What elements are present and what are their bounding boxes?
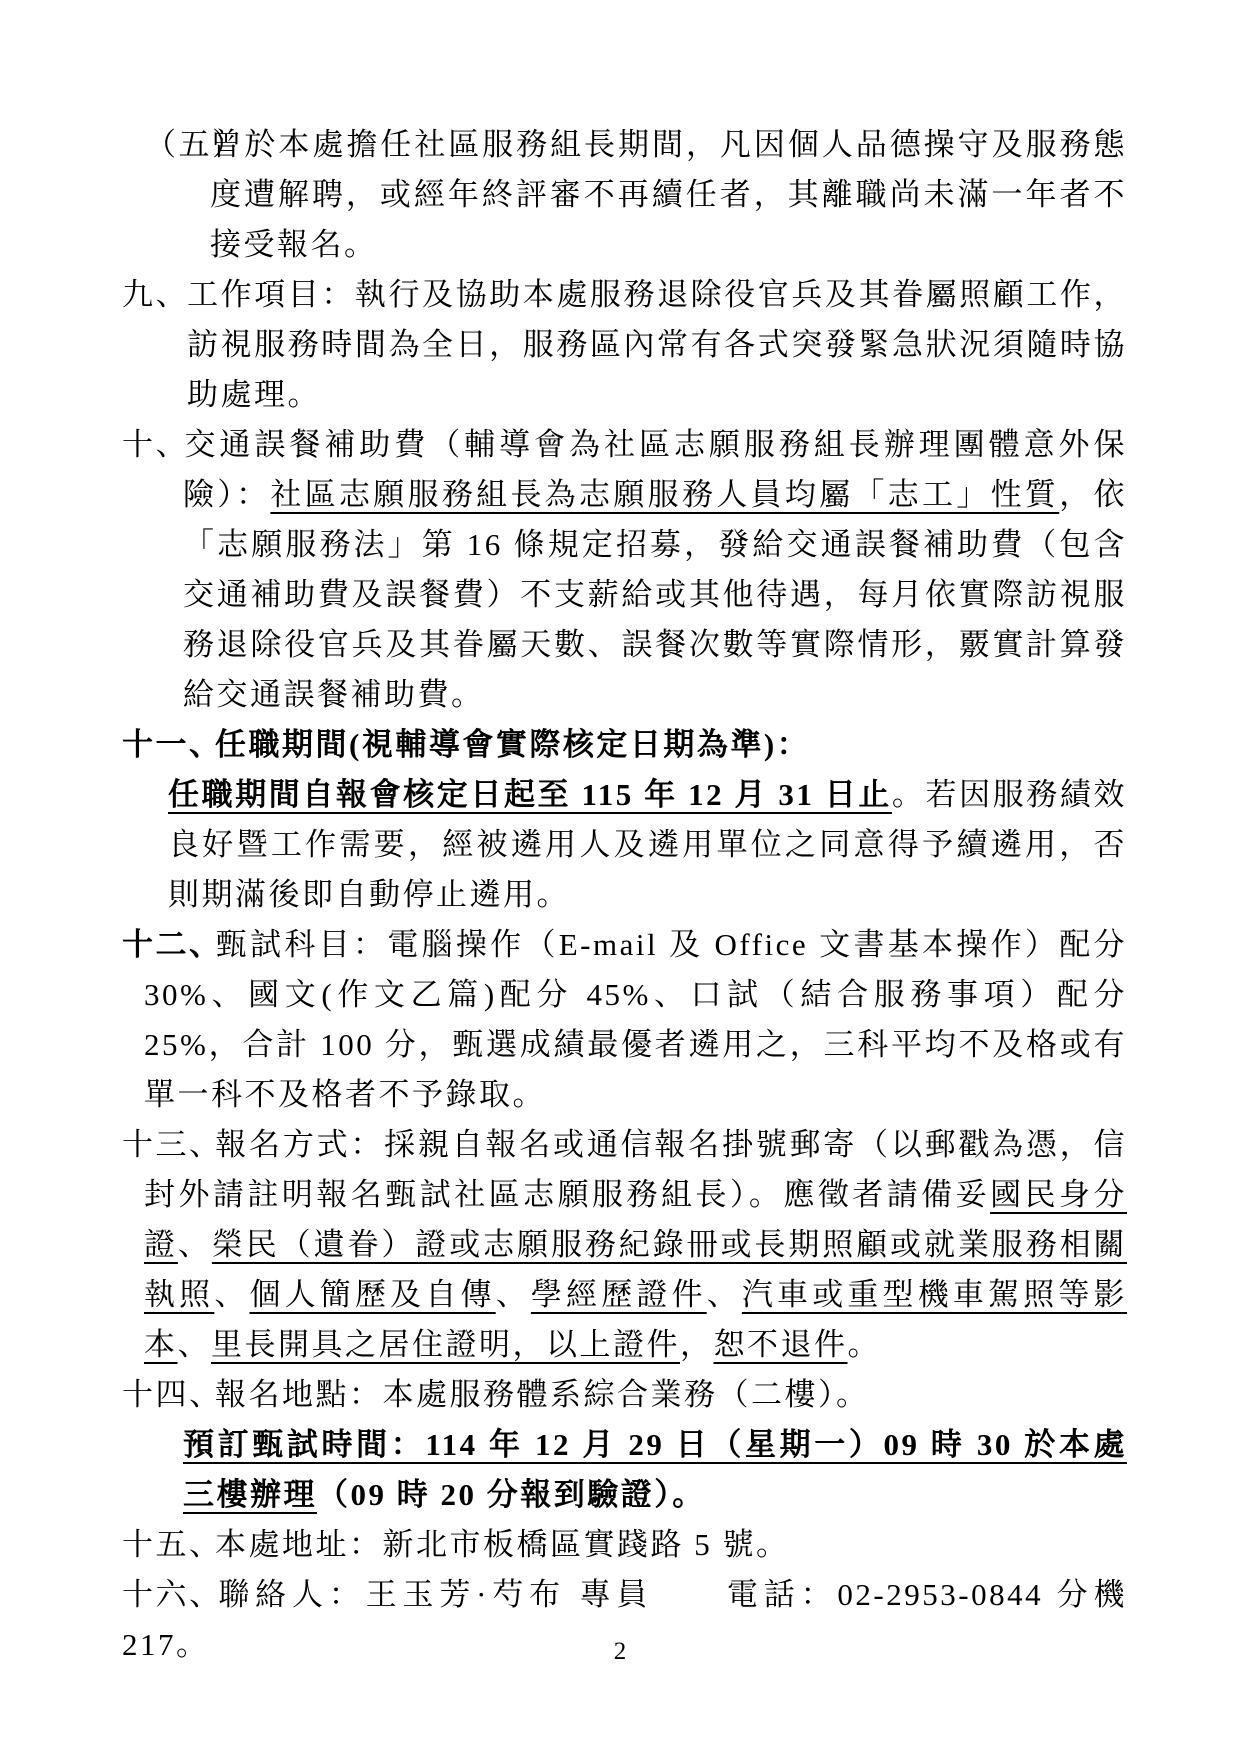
list-item-label: 十二、 — [122, 920, 215, 970]
list-item-label: （五） — [145, 120, 210, 170]
list-item-label: 九、 — [122, 270, 187, 320]
text-run: 本處地址：新北市板橋區實踐路 5 號。 — [215, 1527, 790, 1562]
document-body: （五）曾於本處擔任社區服務組長期間，凡因個人品德操守及服務態度遭解聘，或經年終評… — [0, 120, 1240, 1670]
text-run: 里長開具之居住證明，以上證件 — [211, 1327, 680, 1362]
sub-item-5-disqualification: （五）曾於本處擔任社區服務組長期間，凡因個人品德操守及服務態度遭解聘，或經年終評… — [210, 120, 1127, 270]
text-run: 任職期間自報會核定日起至 115 年 12 月 31 日止 — [168, 777, 892, 812]
item-14-exam-time: 預訂甄試時間：114 年 12 月 29 日（星期一）09 時 30 於本處三樓… — [183, 1420, 1127, 1520]
text-run: 、 — [214, 1277, 249, 1312]
item-11-tenure-body: 任職期間自報會核定日起至 115 年 12 月 31 日止。若因服務績效良好暨工… — [168, 770, 1127, 920]
text-run: ， — [680, 1327, 714, 1362]
text-run: 報名地點：本處服務體系綜合業務（二樓）。 — [215, 1377, 870, 1412]
text-run: 、 — [496, 1277, 531, 1312]
text-run: 、 — [707, 1277, 742, 1312]
text-run: 曾於本處擔任社區服務組長期間，凡因個人品德操守及服務態度遭解聘，或經年終評審不再… — [210, 127, 1127, 262]
item-13-registration-method: 十三、報名方式：採親自報名或通信報名掛號郵寄（以郵戳為憑，信封外請註明報名甄試社… — [144, 1120, 1127, 1370]
text-run: 工作項目：執行及協助本處服務退除役官兵及其眷屬照顧工作，訪視服務時間為全日，服務… — [187, 277, 1127, 412]
text-run: 恕不退件 — [714, 1327, 848, 1362]
item-14-registration-location: 十四、報名地點：本處服務體系綜合業務（二樓）。 — [122, 1370, 1127, 1420]
list-item-label: 十四、 — [122, 1370, 215, 1420]
text-run: 報名方式：採親自報名或通信報名掛號郵寄（以郵戳為憑，信封外請註明報名甄試社區志願… — [144, 1127, 1127, 1212]
text-run: 個人簡歷及自傳 — [250, 1277, 496, 1312]
text-run: 。 — [848, 1327, 882, 1362]
text-run: （09 時 20 分報到驗證）。 — [317, 1477, 706, 1512]
text-run: 、 — [178, 1227, 212, 1262]
list-item-label: 十一、 — [122, 720, 215, 770]
page-number: 2 — [0, 1636, 1240, 1668]
document-page: （五）曾於本處擔任社區服務組長期間，凡因個人品德操守及服務態度遭解聘，或經年終評… — [0, 0, 1240, 1754]
text-run: 、 — [178, 1327, 212, 1362]
list-item-label: 十六、 — [122, 1570, 215, 1620]
item-11-tenure-heading: 十一、任職期間(視輔導會實際核定日期為準)： — [122, 720, 1127, 770]
item-10-allowance: 十、交通誤餐補助費（輔導會為社區志願服務組長辦理團體意外保險）：社區志願服務組長… — [183, 420, 1127, 720]
list-item-label: 十五、 — [122, 1520, 215, 1570]
item-9-work-duties: 九、工作項目：執行及協助本處服務退除役官兵及其眷屬照顧工作，訪視服務時間為全日，… — [187, 270, 1127, 420]
text-run: 任職期間(視輔導會實際核定日期為準)： — [215, 727, 810, 762]
text-run: ，依「志願服務法」第 16 條規定招募，發給交通誤餐補助費（包含交通補助費及誤餐… — [183, 477, 1127, 712]
item-12-exam-subjects: 十二、甄試科目：電腦操作（E-mail 及 Office 文書基本操作）配分 3… — [144, 920, 1127, 1120]
list-item-label: 十、 — [122, 420, 183, 470]
text-run: 甄試科目：電腦操作（E-mail 及 Office 文書基本操作）配分 30%、… — [144, 927, 1127, 1112]
list-item-label: 十三、 — [122, 1120, 215, 1170]
item-15-office-address: 十五、本處地址：新北市板橋區實踐路 5 號。 — [122, 1520, 1127, 1570]
text-run: 學經歷證件 — [531, 1277, 707, 1312]
text-run: 社區志願服務組長為志願服務人員均屬「志工」性質 — [270, 477, 1059, 512]
